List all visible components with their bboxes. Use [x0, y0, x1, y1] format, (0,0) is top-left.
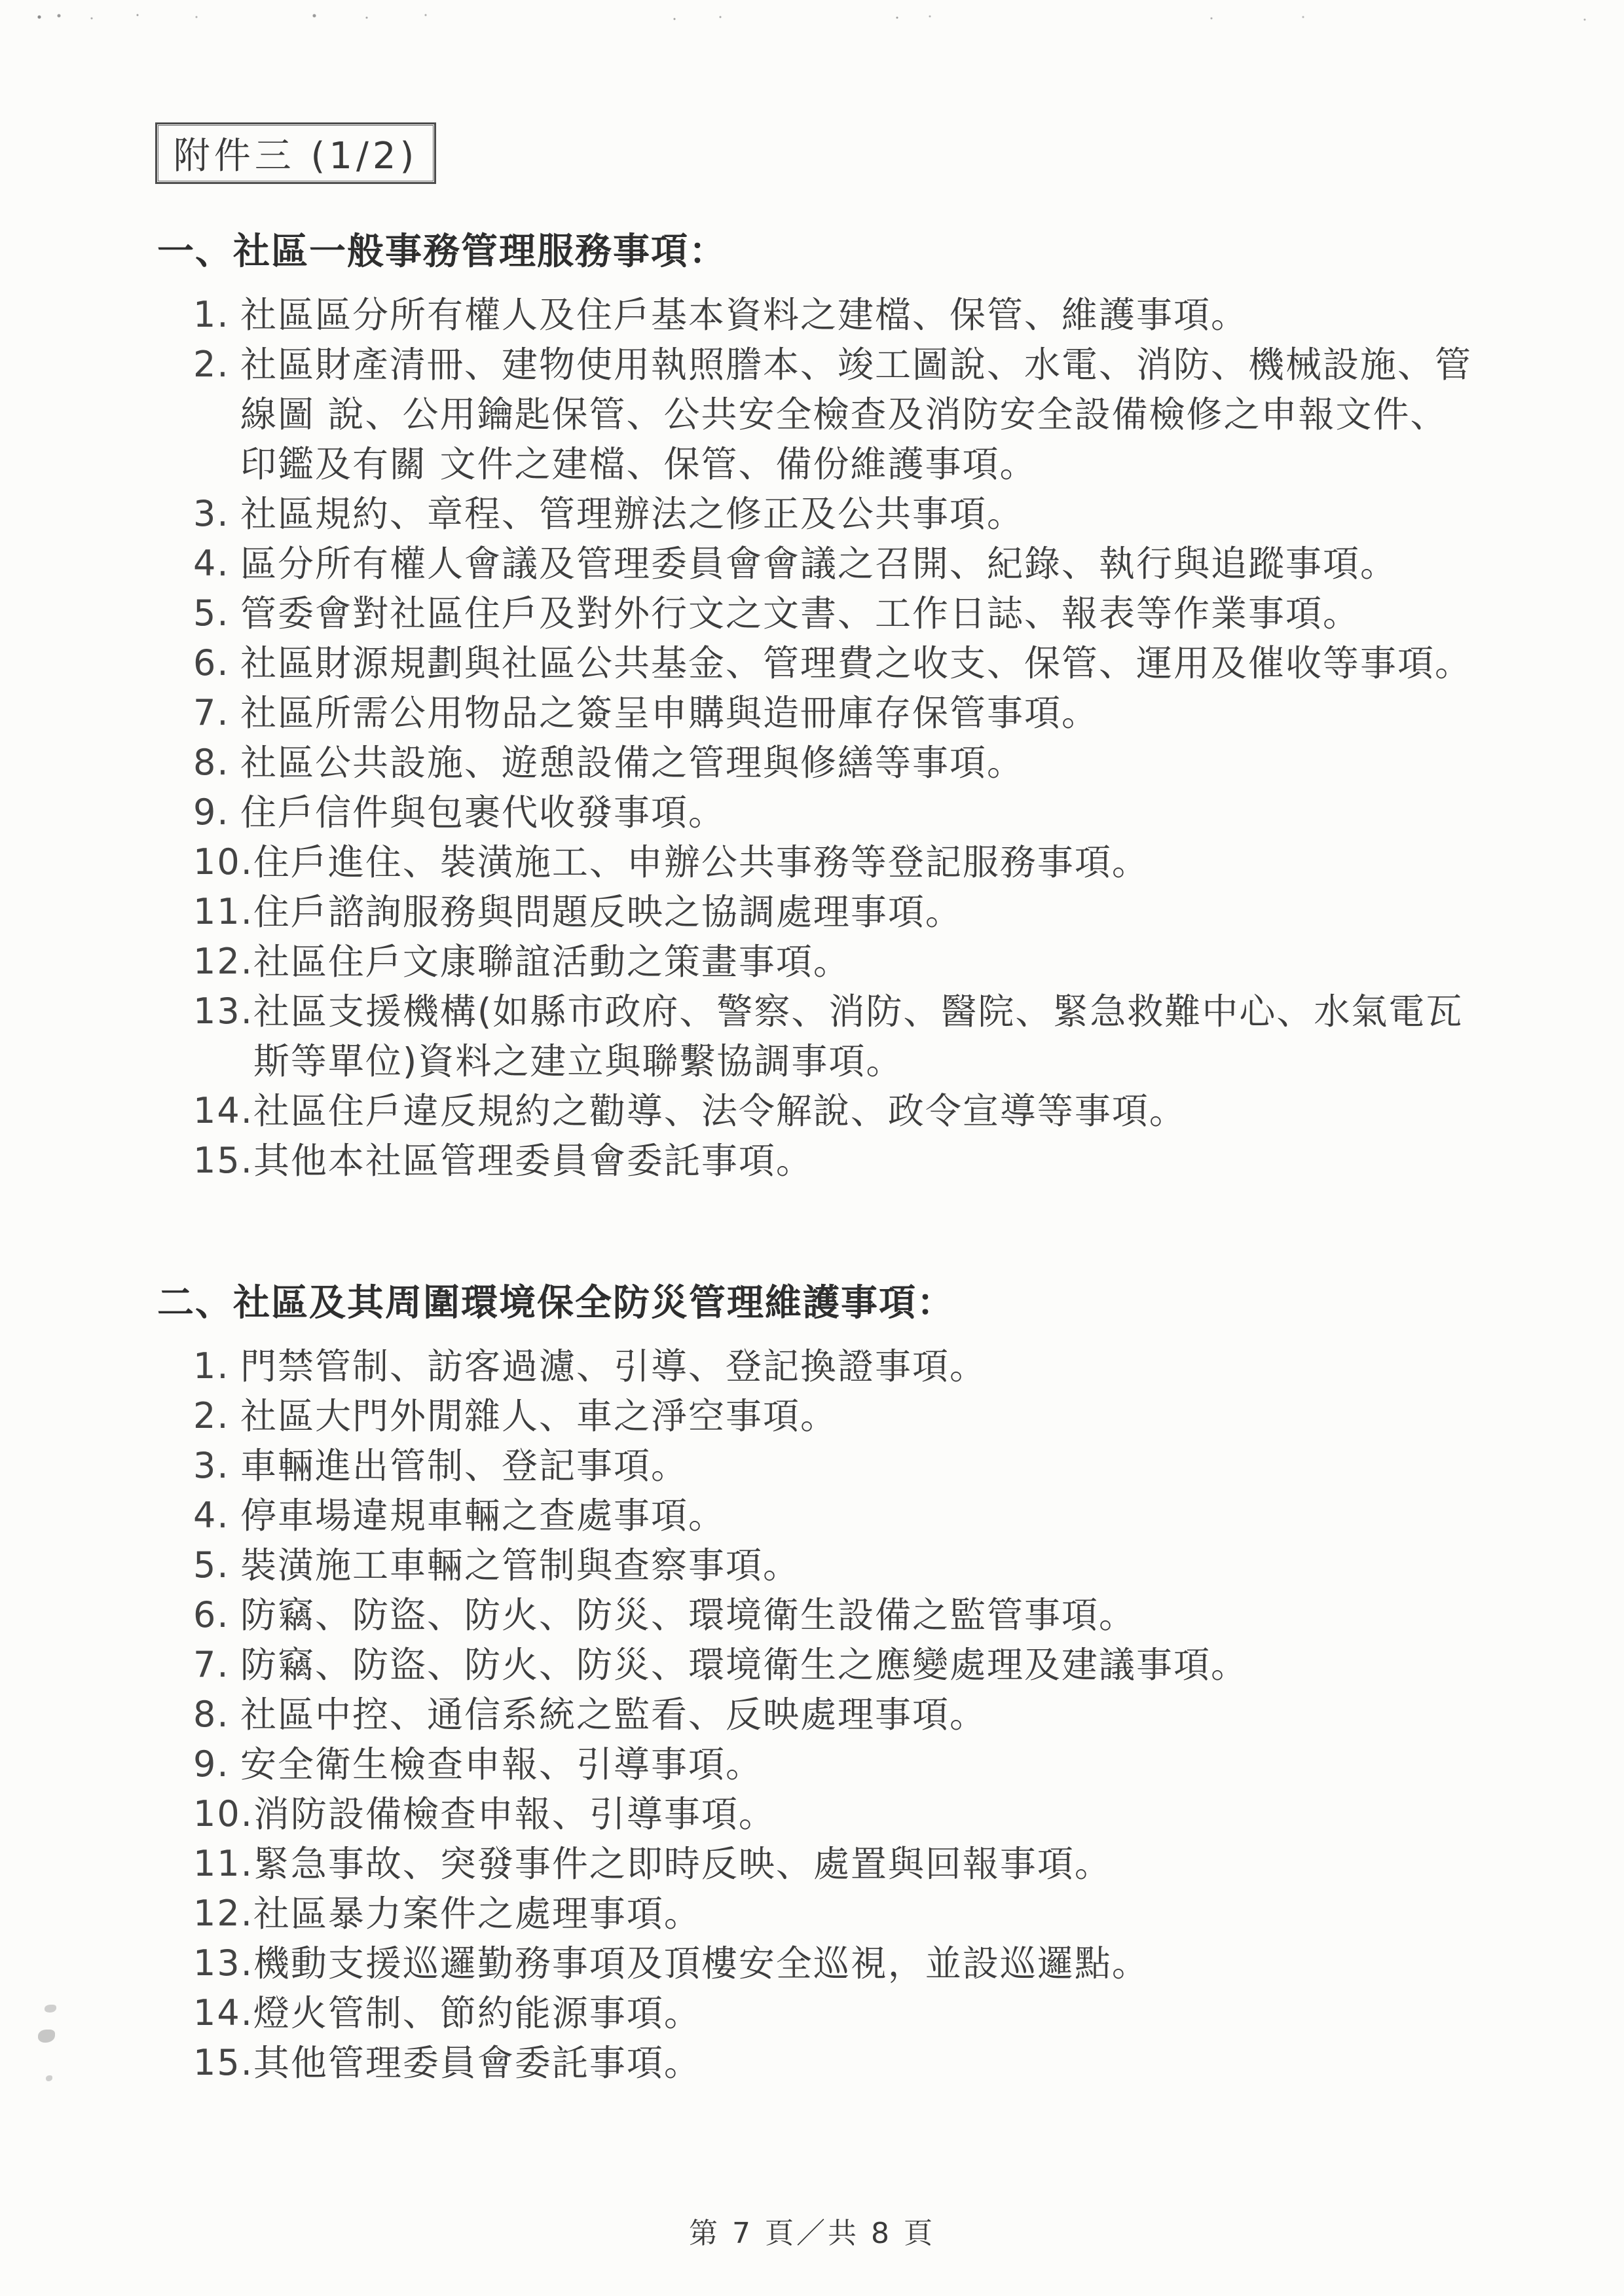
list-item: 2.社區大門外閒雜人、車之淨空事項。 [193, 1391, 1526, 1441]
item-text: 社區公共設施、遊憩設備之管理與修繕等事項。 [240, 738, 1526, 788]
list-item: 3.社區規約、章程、管理辦法之修正及公共事項。 [193, 489, 1526, 539]
item-line: 機動支援巡邏勤務事項及頂樓安全巡視，並設巡邏點。 [253, 1939, 1526, 1988]
item-line: 防竊、防盜、防火、防災、環境衛生之應變處理及建議事項。 [240, 1640, 1526, 1690]
scan-smudge [45, 2005, 56, 2013]
page-number: 第 7 頁／共 8 頁 [689, 2217, 935, 2250]
scan-smudge [46, 2075, 52, 2081]
list-item: 5.管委會對社區住戶及對外行文之文書、工作日誌、報表等作業事項。 [193, 589, 1526, 638]
item-line: 區分所有權人會議及管理委員會會議之召開、紀錄、執行與追蹤事項。 [240, 539, 1526, 589]
item-number: 9. [193, 1740, 240, 1789]
item-number: 13. [193, 987, 253, 1036]
item-text: 緊急事故、突發事件之即時反映、處置與回報事項。 [253, 1839, 1526, 1889]
list-item: 3.車輛進出管制、登記事項。 [193, 1441, 1526, 1491]
item-text: 社區區分所有權人及住戶基本資料之建檔、保管、維護事項。 [240, 290, 1526, 340]
item-text: 機動支援巡邏勤務事項及頂樓安全巡視，並設巡邏點。 [253, 1939, 1526, 1988]
item-number: 12. [193, 1889, 253, 1939]
list-item: 8.社區公共設施、遊憩設備之管理與修繕等事項。 [193, 738, 1526, 788]
item-number: 3. [193, 489, 240, 539]
item-number: 1. [193, 1341, 240, 1391]
section: 一、社區一般事務管理服務事項：1.社區區分所有權人及住戶基本資料之建檔、保管、維… [157, 226, 1526, 1186]
item-number: 10. [193, 1789, 253, 1839]
item-text: 其他管理委員會委託事項。 [253, 2038, 1526, 2088]
item-number: 14. [193, 1086, 253, 1136]
attachment-label: 附件三 (1/2) [174, 127, 418, 179]
scan-smudge [38, 2030, 55, 2043]
item-list: 1.門禁管制、訪客過濾、引導、登記換證事項。2.社區大門外閒雜人、車之淨空事項。… [157, 1341, 1526, 2088]
list-item: 5.裝潢施工車輛之管制與查察事項。 [193, 1540, 1526, 1590]
page-footer: 第 7 頁／共 8 頁 [0, 2210, 1624, 2251]
item-text: 燈火管制、節約能源事項。 [253, 1988, 1526, 2038]
item-line: 其他本社區管理委員會委託事項。 [253, 1136, 1526, 1186]
item-text: 管委會對社區住戶及對外行文之文書、工作日誌、報表等作業事項。 [240, 589, 1526, 638]
item-line: 門禁管制、訪客過濾、引導、登記換證事項。 [240, 1341, 1526, 1391]
list-item: 14.社區住戶違反規約之勸導、法令解說、政令宣導等事項。 [193, 1086, 1526, 1136]
item-number: 6. [193, 1590, 240, 1640]
item-line: 社區所需公用物品之簽呈申購與造冊庫存保管事項。 [240, 688, 1526, 738]
item-line: 住戶信件與包裹代收發事項。 [240, 788, 1526, 837]
list-item: 13.社區支援機構(如縣市政府、警察、消防、醫院、緊急救難中心、水氣電瓦斯等單位… [193, 987, 1526, 1086]
item-line: 線圖 說、公用鑰匙保管、公共安全檢查及消防安全設備檢修之申報文件、 [240, 390, 1526, 439]
list-item: 10.住戶進住、裝潢施工、申辦公共事務等登記服務事項。 [193, 837, 1526, 887]
list-item: 7.防竊、防盜、防火、防災、環境衛生之應變處理及建議事項。 [193, 1640, 1526, 1690]
item-number: 4. [193, 539, 240, 589]
item-number: 5. [193, 1540, 240, 1590]
item-line: 停車場違規車輛之查處事項。 [240, 1491, 1526, 1540]
item-line: 防竊、防盜、防火、防災、環境衛生設備之監管事項。 [240, 1590, 1526, 1640]
attachment-label-box: 附件三 (1/2) [155, 122, 436, 184]
item-number: 7. [193, 688, 240, 738]
item-line: 印鑑及有關 文件之建檔、保管、備份維護事項。 [240, 439, 1526, 489]
list-item: 6.防竊、防盜、防火、防災、環境衛生設備之監管事項。 [193, 1590, 1526, 1640]
item-line: 社區財源規劃與社區公共基金、管理費之收支、保管、運用及催收等事項。 [240, 638, 1526, 688]
item-text: 社區規約、章程、管理辦法之修正及公共事項。 [240, 489, 1526, 539]
item-text: 住戶信件與包裹代收發事項。 [240, 788, 1526, 837]
item-text: 社區住戶違反規約之勸導、法令解說、政令宣導等事項。 [253, 1086, 1526, 1136]
item-text: 社區財源規劃與社區公共基金、管理費之收支、保管、運用及催收等事項。 [240, 638, 1526, 688]
item-line: 社區暴力案件之處理事項。 [253, 1889, 1526, 1939]
section: 二、社區及其周圍環境保全防災管理維護事項：1.門禁管制、訪客過濾、引導、登記換證… [157, 1277, 1526, 2088]
item-number: 6. [193, 638, 240, 688]
list-item: 1.社區區分所有權人及住戶基本資料之建檔、保管、維護事項。 [193, 290, 1526, 340]
list-item: 4.停車場違規車輛之查處事項。 [193, 1491, 1526, 1540]
list-item: 9.安全衛生檢查申報、引導事項。 [193, 1740, 1526, 1789]
list-item: 13.機動支援巡邏勤務事項及頂樓安全巡視，並設巡邏點。 [193, 1939, 1526, 1988]
document-body: 一、社區一般事務管理服務事項：1.社區區分所有權人及住戶基本資料之建檔、保管、維… [157, 226, 1526, 2088]
item-line: 社區住戶文康聯誼活動之策畫事項。 [253, 937, 1526, 987]
item-number: 7. [193, 1640, 240, 1690]
item-text: 防竊、防盜、防火、防災、環境衛生設備之監管事項。 [240, 1590, 1526, 1640]
item-line: 社區規約、章程、管理辦法之修正及公共事項。 [240, 489, 1526, 539]
item-text: 裝潢施工車輛之管制與查察事項。 [240, 1540, 1526, 1590]
list-item: 6.社區財源規劃與社區公共基金、管理費之收支、保管、運用及催收等事項。 [193, 638, 1526, 688]
item-text: 區分所有權人會議及管理委員會會議之召開、紀錄、執行與追蹤事項。 [240, 539, 1526, 589]
list-item: 4.區分所有權人會議及管理委員會會議之召開、紀錄、執行與追蹤事項。 [193, 539, 1526, 589]
item-text: 社區財產清冊、建物使用執照謄本、竣工圖說、水電、消防、機械設施、管線圖 說、公用… [240, 340, 1526, 489]
list-item: 12.社區暴力案件之處理事項。 [193, 1889, 1526, 1939]
item-line: 社區支援機構(如縣市政府、警察、消防、醫院、緊急救難中心、水氣電瓦 [253, 987, 1526, 1036]
item-line: 住戶諮詢服務與問題反映之協調處理事項。 [253, 887, 1526, 937]
item-number: 1. [193, 290, 240, 340]
item-line: 消防設備檢查申報、引導事項。 [253, 1789, 1526, 1839]
list-item: 10.消防設備檢查申報、引導事項。 [193, 1789, 1526, 1839]
item-number: 12. [193, 937, 253, 987]
list-item: 14.燈火管制、節約能源事項。 [193, 1988, 1526, 2038]
item-text: 社區住戶文康聯誼活動之策畫事項。 [253, 937, 1526, 987]
list-item: 11.住戶諮詢服務與問題反映之協調處理事項。 [193, 887, 1526, 937]
item-text: 住戶諮詢服務與問題反映之協調處理事項。 [253, 887, 1526, 937]
item-line: 社區區分所有權人及住戶基本資料之建檔、保管、維護事項。 [240, 290, 1526, 340]
item-number: 5. [193, 589, 240, 638]
item-line: 燈火管制、節約能源事項。 [253, 1988, 1526, 2038]
item-number: 15. [193, 1136, 253, 1186]
item-number: 13. [193, 1939, 253, 1988]
item-text: 住戶進住、裝潢施工、申辦公共事務等登記服務事項。 [253, 837, 1526, 887]
item-text: 車輛進出管制、登記事項。 [240, 1441, 1526, 1491]
section-heading: 一、社區一般事務管理服務事項： [157, 226, 1526, 278]
document-page: 附件三 (1/2) 一、社區一般事務管理服務事項：1.社區區分所有權人及住戶基本… [0, 0, 1624, 2296]
item-line: 車輛進出管制、登記事項。 [240, 1441, 1526, 1491]
item-line: 管委會對社區住戶及對外行文之文書、工作日誌、報表等作業事項。 [240, 589, 1526, 638]
item-line: 斯等單位)資料之建立與聯繫協調事項。 [253, 1036, 1526, 1086]
item-text: 停車場違規車輛之查處事項。 [240, 1491, 1526, 1540]
list-item: 15.其他本社區管理委員會委託事項。 [193, 1136, 1526, 1186]
item-number: 2. [193, 1391, 240, 1441]
item-number: 14. [193, 1988, 253, 2038]
item-number: 3. [193, 1441, 240, 1491]
list-item: 2.社區財產清冊、建物使用執照謄本、竣工圖說、水電、消防、機械設施、管線圖 說、… [193, 340, 1526, 489]
item-text: 防竊、防盜、防火、防災、環境衛生之應變處理及建議事項。 [240, 1640, 1526, 1690]
list-item: 8.社區中控、通信系統之監看、反映處理事項。 [193, 1690, 1526, 1740]
item-line: 安全衛生檢查申報、引導事項。 [240, 1740, 1526, 1789]
item-text: 社區中控、通信系統之監看、反映處理事項。 [240, 1690, 1526, 1740]
item-line: 裝潢施工車輛之管制與查察事項。 [240, 1540, 1526, 1590]
item-number: 15. [193, 2038, 253, 2088]
item-line: 社區住戶違反規約之勸導、法令解說、政令宣導等事項。 [253, 1086, 1526, 1136]
item-list: 1.社區區分所有權人及住戶基本資料之建檔、保管、維護事項。2.社區財產清冊、建物… [157, 290, 1526, 1186]
item-line: 緊急事故、突發事件之即時反映、處置與回報事項。 [253, 1839, 1526, 1889]
item-text: 社區所需公用物品之簽呈申購與造冊庫存保管事項。 [240, 688, 1526, 738]
item-number: 8. [193, 738, 240, 788]
item-number: 8. [193, 1690, 240, 1740]
item-line: 社區中控、通信系統之監看、反映處理事項。 [240, 1690, 1526, 1740]
item-number: 9. [193, 788, 240, 837]
item-line: 社區大門外閒雜人、車之淨空事項。 [240, 1391, 1526, 1441]
item-line: 住戶進住、裝潢施工、申辦公共事務等登記服務事項。 [253, 837, 1526, 887]
list-item: 9.住戶信件與包裹代收發事項。 [193, 788, 1526, 837]
item-line: 社區財產清冊、建物使用執照謄本、竣工圖說、水電、消防、機械設施、管 [240, 340, 1526, 390]
item-text: 社區大門外閒雜人、車之淨空事項。 [240, 1391, 1526, 1441]
item-text: 門禁管制、訪客過濾、引導、登記換證事項。 [240, 1341, 1526, 1391]
list-item: 7.社區所需公用物品之簽呈申購與造冊庫存保管事項。 [193, 688, 1526, 738]
list-item: 11.緊急事故、突發事件之即時反映、處置與回報事項。 [193, 1839, 1526, 1889]
item-line: 社區公共設施、遊憩設備之管理與修繕等事項。 [240, 738, 1526, 788]
item-number: 10. [193, 837, 253, 887]
item-text: 社區支援機構(如縣市政府、警察、消防、醫院、緊急救難中心、水氣電瓦斯等單位)資料… [253, 987, 1526, 1086]
item-number: 2. [193, 340, 240, 390]
item-text: 安全衛生檢查申報、引導事項。 [240, 1740, 1526, 1789]
item-number: 11. [193, 1839, 253, 1889]
item-line: 其他管理委員會委託事項。 [253, 2038, 1526, 2088]
list-item: 15.其他管理委員會委託事項。 [193, 2038, 1526, 2088]
item-number: 4. [193, 1491, 240, 1540]
list-item: 1.門禁管制、訪客過濾、引導、登記換證事項。 [193, 1341, 1526, 1391]
list-item: 12.社區住戶文康聯誼活動之策畫事項。 [193, 937, 1526, 987]
item-text: 社區暴力案件之處理事項。 [253, 1889, 1526, 1939]
scan-noise [0, 9, 1624, 29]
section-heading: 二、社區及其周圍環境保全防災管理維護事項： [157, 1277, 1526, 1330]
item-text: 消防設備檢查申報、引導事項。 [253, 1789, 1526, 1839]
item-text: 其他本社區管理委員會委託事項。 [253, 1136, 1526, 1186]
item-number: 11. [193, 887, 253, 937]
